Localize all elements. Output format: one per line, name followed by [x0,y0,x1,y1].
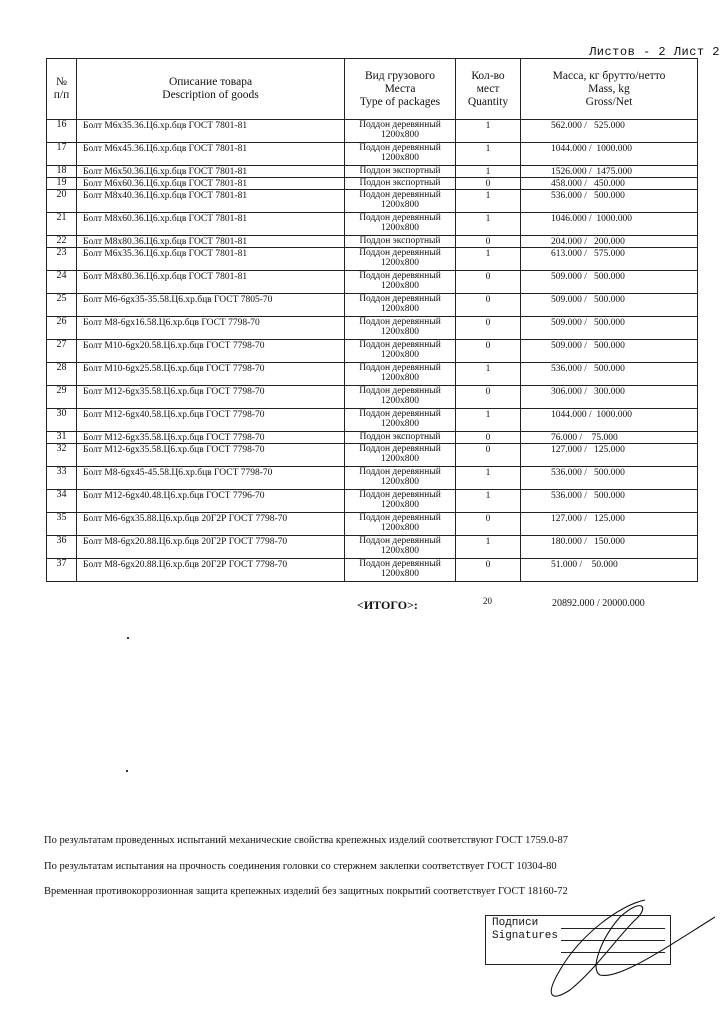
gross-net-mass: 1046.000 / 1000.000 [521,213,698,236]
goods-description: Болт М10-6gх20.58.Ц6.хр.бцв ГОСТ 7798-70 [77,340,345,363]
note-mechanical: По результатам проведенных испытаний мех… [44,835,568,846]
gross-net-mass: 51.000 / 50.000 [521,559,698,582]
package-quantity: 0 [456,317,521,340]
package-quantity: 1 [456,409,521,432]
table-row: 20Болт М8х40.36.Ц6.хр.бцв ГОСТ 7801-81По… [47,190,698,213]
table-row: 27Болт М10-6gх20.58.Ц6.хр.бцв ГОСТ 7798-… [47,340,698,363]
package-type: Поддон деревянный 1200х800 [345,444,456,467]
package-quantity: 0 [456,444,521,467]
gross-net-mass: 536.000 / 500.000 [521,363,698,386]
gross-net-mass: 1044.000 / 1000.000 [521,409,698,432]
table-row: 31Болт М12-6gх35.58.Ц6.хр.бцв ГОСТ 7798-… [47,432,698,444]
goods-description: Болт М6х45.36.Ц6.хр.бцв ГОСТ 7801-81 [77,143,345,166]
totals-row: <ИТОГО>: 20 20892.000 / 20000.000 [0,598,724,614]
table-row: 36Болт М8-6gх20.88.Ц6.хр.бцв 20Г2Р ГОСТ … [47,536,698,559]
gross-net-mass: 127.000 / 125.000 [521,444,698,467]
goods-description: Болт М6х35.36.Ц6.хр.бцв ГОСТ 7801-81 [77,248,345,271]
goods-description: Болт М8-6gх20.88.Ц6.хр.бцв 20Г2Р ГОСТ 77… [77,559,345,582]
gross-net-mass: 509.000 / 500.000 [521,340,698,363]
package-type: Поддон деревянный 1200х800 [345,120,456,143]
goods-description: Болт М8х40.36.Ц6.хр.бцв ГОСТ 7801-81 [77,190,345,213]
table-header-row: №п/п Описание товараDescription of goods… [47,59,698,120]
gross-net-mass: 458.000 / 450.000 [521,178,698,190]
goods-description: Болт М10-6gх25.58.Ц6.хр.бцв ГОСТ 7798-70 [77,363,345,386]
header-no: №п/п [47,59,77,120]
package-type: Поддон деревянный 1200х800 [345,340,456,363]
package-quantity: 1 [456,363,521,386]
package-type: Поддон деревянный 1200х800 [345,559,456,582]
header-description: Описание товараDescription of goods [77,59,345,120]
package-quantity: 1 [456,120,521,143]
table-row: 25Болт М6-6gх35-35.58.Ц6.хр.бцв ГОСТ 780… [47,294,698,317]
totals-mass: 20892.000 / 20000.000 [552,598,645,609]
signatures-label-ru: Подписи [492,917,538,929]
package-quantity: 0 [456,236,521,248]
row-number: 27 [47,340,77,363]
gross-net-mass: 613.000 / 575.000 [521,248,698,271]
row-number: 17 [47,143,77,166]
table-row: 24Болт М8х80.36.Ц6.хр.бцв ГОСТ 7801-81По… [47,271,698,294]
gross-net-mass: 127.000 / 125.000 [521,513,698,536]
gross-net-mass: 306.000 / 300.000 [521,386,698,409]
goods-description: Болт М8-6gх45-45.58.Ц6.хр.бцв ГОСТ 7798-… [77,467,345,490]
scan-speck [127,637,129,639]
package-quantity: 0 [456,294,521,317]
package-quantity: 1 [456,467,521,490]
row-number: 24 [47,271,77,294]
row-number: 20 [47,190,77,213]
goods-description: Болт М8х80.36.Ц6.хр.бцв ГОСТ 7801-81 [77,236,345,248]
package-type: Поддон деревянный 1200х800 [345,294,456,317]
gross-net-mass: 536.000 / 500.000 [521,190,698,213]
table-row: 28Болт М10-6gх25.58.Ц6.хр.бцв ГОСТ 7798-… [47,363,698,386]
handwritten-signature [540,895,724,1005]
row-number: 37 [47,559,77,582]
table-row: 22Болт М8х80.36.Ц6.хр.бцв ГОСТ 7801-81По… [47,236,698,248]
row-number: 36 [47,536,77,559]
package-quantity: 1 [456,213,521,236]
goods-description: Болт М12-6gх40.48.Ц6.хр.бцв ГОСТ 7796-70 [77,490,345,513]
row-number: 28 [47,363,77,386]
goods-description: Болт М6х35.36.Ц6.хр.бцв ГОСТ 7801-81 [77,120,345,143]
package-quantity: 0 [456,271,521,294]
row-number: 29 [47,386,77,409]
package-quantity: 0 [456,340,521,363]
package-quantity: 1 [456,490,521,513]
package-quantity: 0 [456,178,521,190]
goods-description: Болт М12-6gх35.58.Ц6.хр.бцв ГОСТ 7798-70 [77,444,345,467]
table-row: 19Болт М6х60.36.Ц6.хр.бцв ГОСТ 7801-81По… [47,178,698,190]
package-type: Поддон деревянный 1200х800 [345,467,456,490]
package-type: Поддон деревянный 1200х800 [345,248,456,271]
goods-description: Болт М6х50.36.Ц6.хр.бцв ГОСТ 7801-81 [77,166,345,178]
goods-description: Болт М8-6gх16.58.Ц6.хр.бцв ГОСТ 7798-70 [77,317,345,340]
gross-net-mass: 509.000 / 500.000 [521,271,698,294]
package-type: Поддон деревянный 1200х800 [345,317,456,340]
row-number: 25 [47,294,77,317]
package-type: Поддон экспортный [345,166,456,178]
gross-net-mass: 562.000 / 525.000 [521,120,698,143]
package-quantity: 1 [456,166,521,178]
row-number: 34 [47,490,77,513]
package-type: Поддон деревянный 1200х800 [345,143,456,166]
totals-quantity: 20 [483,596,492,606]
row-number: 26 [47,317,77,340]
package-quantity: 0 [456,432,521,444]
goods-description: Болт М6х60.36.Ц6.хр.бцв ГОСТ 7801-81 [77,178,345,190]
table-row: 26Болт М8-6gх16.58.Ц6.хр.бцв ГОСТ 7798-7… [47,317,698,340]
gross-net-mass: 1044.000 / 1000.000 [521,143,698,166]
package-quantity: 1 [456,190,521,213]
table-row: 32Болт М12-6gх35.58.Ц6.хр.бцв ГОСТ 7798-… [47,444,698,467]
note-corrosion: Временная противокоррозионная защита кре… [44,886,568,897]
package-type: Поддон деревянный 1200х800 [345,536,456,559]
table-row: 17Болт М6х45.36.Ц6.хр.бцв ГОСТ 7801-81По… [47,143,698,166]
row-number: 18 [47,166,77,178]
table-row: 29Болт М12-6gх35.58.Ц6.хр.бцв ГОСТ 7798-… [47,386,698,409]
package-type: Поддон экспортный [345,178,456,190]
package-type: Поддон деревянный 1200х800 [345,513,456,536]
package-type: Поддон деревянный 1200х800 [345,363,456,386]
goods-description: Болт М6-6gх35.88.Ц6.хр.бцв 20Г2Р ГОСТ 77… [77,513,345,536]
row-number: 35 [47,513,77,536]
goods-description: Болт М8х60.36.Ц6.хр.бцв ГОСТ 7801-81 [77,213,345,236]
table-row: 23Болт М6х35.36.Ц6.хр.бцв ГОСТ 7801-81По… [47,248,698,271]
gross-net-mass: 1526.000 / 1475.000 [521,166,698,178]
header-mass: Масса, кг брутто/неттоMass, kgGross/Net [521,59,698,120]
package-quantity: 0 [456,386,521,409]
header-quantity: Кол-воместQuantity [456,59,521,120]
package-quantity: 1 [456,536,521,559]
package-type: Поддон деревянный 1200х800 [345,213,456,236]
row-number: 16 [47,120,77,143]
goods-description: Болт М12-6gх35.58.Ц6.хр.бцв ГОСТ 7798-70 [77,386,345,409]
row-number: 30 [47,409,77,432]
package-type: Поддон деревянный 1200х800 [345,490,456,513]
package-quantity: 1 [456,248,521,271]
row-number: 33 [47,467,77,490]
package-type: Поддон деревянный 1200х800 [345,409,456,432]
goods-description: Болт М8-6gх20.88.Ц6.хр.бцв 20Г2Р ГОСТ 77… [77,536,345,559]
goods-description: Болт М8х80.36.Ц6.хр.бцв ГОСТ 7801-81 [77,271,345,294]
table-row: 21Болт М8х60.36.Ц6.хр.бцв ГОСТ 7801-81По… [47,213,698,236]
gross-net-mass: 509.000 / 500.000 [521,294,698,317]
gross-net-mass: 536.000 / 500.000 [521,467,698,490]
goods-description: Болт М12-6gх40.58.Ц6.хр.бцв ГОСТ 7798-70 [77,409,345,432]
totals-label: <ИТОГО>: [357,598,418,613]
package-quantity: 0 [456,559,521,582]
table-row: 18Болт М6х50.36.Ц6.хр.бцв ГОСТ 7801-81По… [47,166,698,178]
gross-net-mass: 509.000 / 500.000 [521,317,698,340]
row-number: 22 [47,236,77,248]
goods-table: №п/п Описание товараDescription of goods… [46,58,698,582]
package-type: Поддон деревянный 1200х800 [345,190,456,213]
table-row: 34Болт М12-6gх40.48.Ц6.хр.бцв ГОСТ 7796-… [47,490,698,513]
package-type: Поддон деревянный 1200х800 [345,271,456,294]
goods-description: Болт М12-6gх35.58.Ц6.хр.бцв ГОСТ 7798-70 [77,432,345,444]
table-row: 30Болт М12-6gх40.58.Ц6.хр.бцв ГОСТ 7798-… [47,409,698,432]
table-row: 16Болт М6х35.36.Ц6.хр.бцв ГОСТ 7801-81По… [47,120,698,143]
gross-net-mass: 76.000 / 75.000 [521,432,698,444]
package-type: Поддон экспортный [345,432,456,444]
row-number: 31 [47,432,77,444]
table-row: 33Болт М8-6gх45-45.58.Ц6.хр.бцв ГОСТ 779… [47,467,698,490]
gross-net-mass: 204.000 / 200.000 [521,236,698,248]
header-package: Вид грузовогоМестаType of packages [345,59,456,120]
note-strength: По результатам испытания на прочность со… [44,861,557,872]
package-quantity: 1 [456,143,521,166]
gross-net-mass: 180.000 / 150.000 [521,536,698,559]
sheet-counter: Листов - 2 Лист 2 [589,45,720,59]
table-row: 35Болт М6-6gх35.88.Ц6.хр.бцв 20Г2Р ГОСТ … [47,513,698,536]
package-type: Поддон деревянный 1200х800 [345,386,456,409]
package-type: Поддон экспортный [345,236,456,248]
table-row: 37Болт М8-6gх20.88.Ц6.хр.бцв 20Г2Р ГОСТ … [47,559,698,582]
row-number: 32 [47,444,77,467]
gross-net-mass: 536.000 / 500.000 [521,490,698,513]
package-quantity: 0 [456,513,521,536]
row-number: 21 [47,213,77,236]
row-number: 19 [47,178,77,190]
row-number: 23 [47,248,77,271]
goods-description: Болт М6-6gх35-35.58.Ц6.хр.бцв ГОСТ 7805-… [77,294,345,317]
scan-speck [126,770,128,772]
